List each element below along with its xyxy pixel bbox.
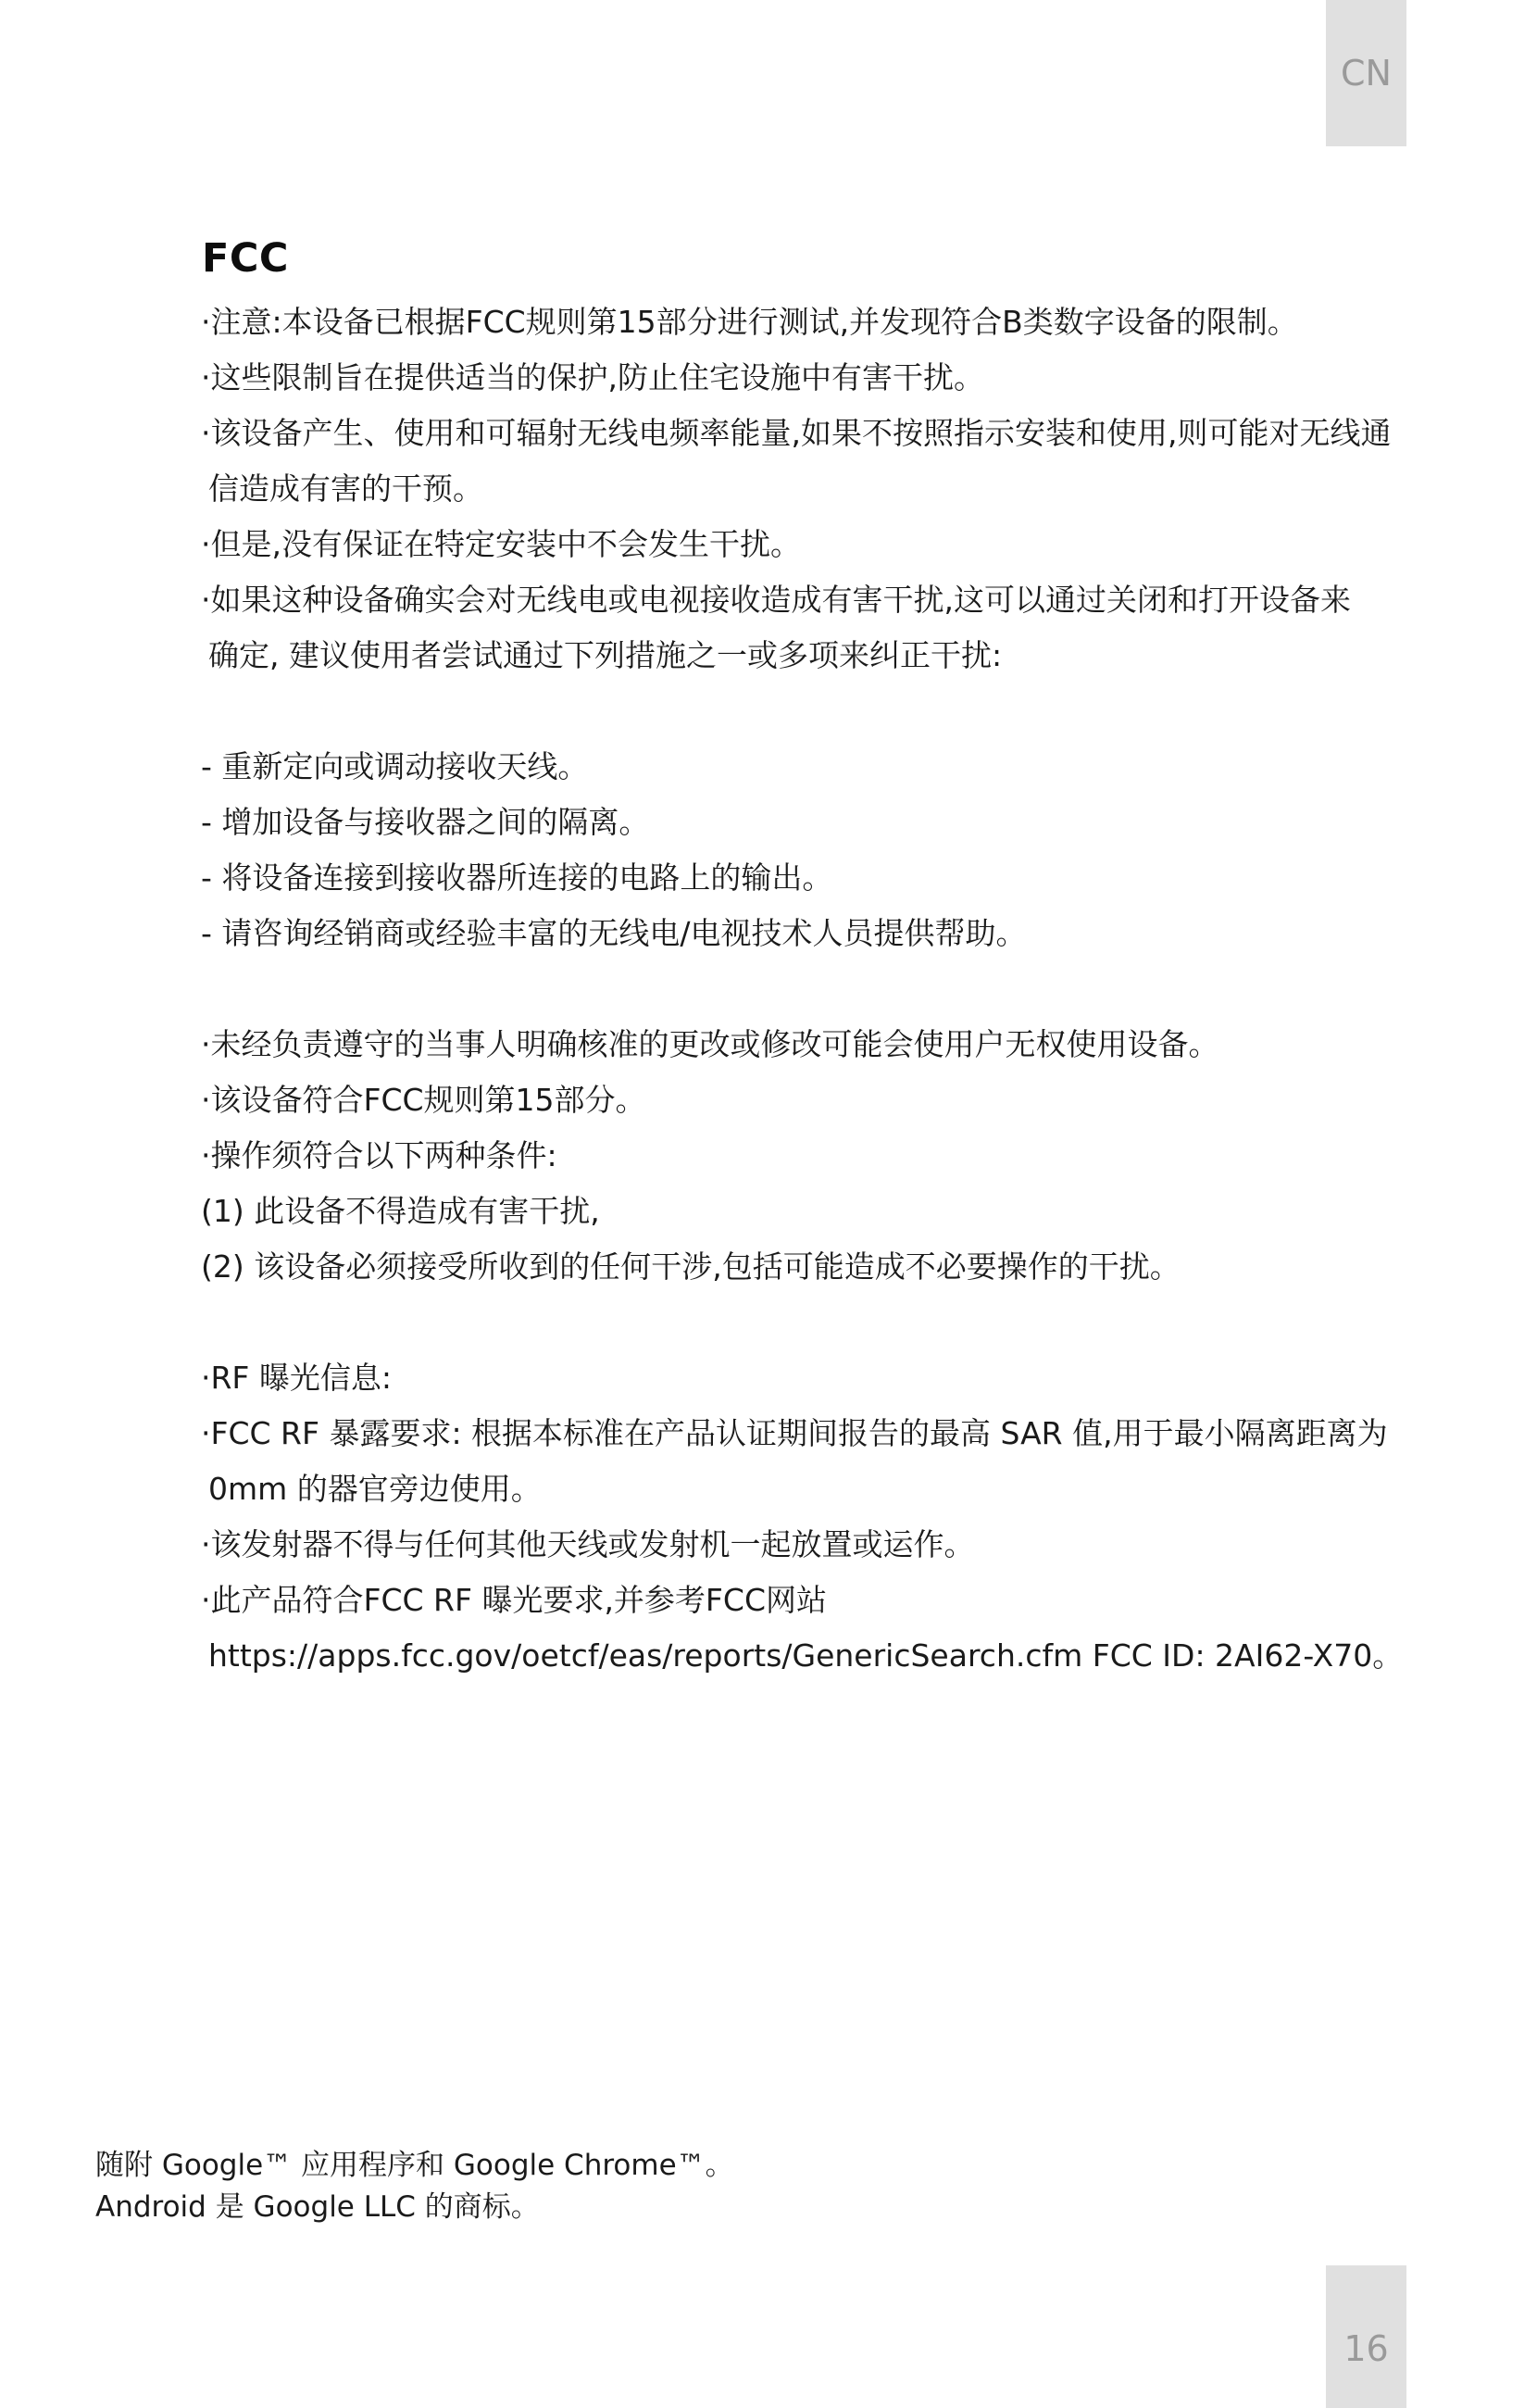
text-line: 信造成有害的干预。: [201, 461, 1395, 517]
text-line: ·此产品符合FCC RF 曝光要求,并参考FCC网站: [201, 1573, 1395, 1628]
text-line: ·该发射器不得与任何其他天线或发射机一起放置或运作。: [201, 1517, 1395, 1573]
text-line: ·RF 曝光信息:: [201, 1350, 1395, 1406]
text-line: - 将设备连接到接收器所连接的电路上的输出。: [201, 850, 1395, 906]
page-number-tab: 16: [1326, 2265, 1406, 2408]
text-line: ·如果这种设备确实会对无线电或电视接收造成有害干扰,这可以通过关闭和打开设备来: [201, 572, 1395, 628]
blank-line: [201, 961, 1395, 1017]
text-line: ·FCC RF 暴露要求: 根据本标准在产品认证期间报告的最高 SAR 值,用于…: [201, 1406, 1395, 1461]
page-number: 16: [1326, 2328, 1406, 2369]
blank-line: [201, 684, 1395, 739]
language-tab-label: CN: [1341, 53, 1392, 94]
footer-line-android: Android 是 Google LLC 的商标。: [95, 2187, 734, 2228]
text-line: - 重新定向或调动接收天线。: [201, 739, 1395, 795]
text-line: (2) 该设备必须接受所收到的任何干涉,包括可能造成不必要操作的干扰。: [201, 1239, 1395, 1295]
text-line: - 增加设备与接收器之间的隔离。: [201, 795, 1395, 850]
manual-page: CN FCC ·注意:本设备已根据FCC规则第15部分进行测试,并发现符合B类数…: [0, 0, 1537, 2408]
text-line: ·这些限制旨在提供适当的保护,防止住宅设施中有害干扰。: [201, 350, 1395, 406]
text-line: ·但是,没有保证在特定安装中不会发生干扰。: [201, 517, 1395, 572]
trademark-footer: 随附 Google™ 应用程序和 Google Chrome™。 Android…: [95, 2145, 734, 2228]
fcc-text-block: ·注意:本设备已根据FCC规则第15部分进行测试,并发现符合B类数字设备的限制。…: [201, 295, 1395, 1684]
text-line: (1) 此设备不得造成有害干扰,: [201, 1184, 1395, 1239]
text-line: 0mm 的器官旁边使用。: [201, 1461, 1395, 1517]
text-line: 确定, 建议使用者尝试通过下列措施之一或多项来纠正干扰:: [201, 628, 1395, 684]
text-line: ·注意:本设备已根据FCC规则第15部分进行测试,并发现符合B类数字设备的限制。: [201, 295, 1395, 350]
text-line: ·未经负责遵守的当事人明确核准的更改或修改可能会使用户无权使用设备。: [201, 1017, 1395, 1072]
text-line: ·该设备符合FCC规则第15部分。: [201, 1072, 1395, 1128]
blank-line: [201, 1295, 1395, 1350]
text-line: https://apps.fcc.gov/oetcf/eas/reports/G…: [201, 1628, 1395, 1684]
footer-line-google: 随附 Google™ 应用程序和 Google Chrome™。: [95, 2145, 734, 2187]
text-line: - 请咨询经销商或经验丰富的无线电/电视技术人员提供帮助。: [201, 906, 1395, 961]
page-title: FCC: [202, 235, 289, 282]
language-tab: CN: [1326, 0, 1406, 146]
text-line: ·该设备产生、使用和可辐射无线电频率能量,如果不按照指示安装和使用,则可能对无线…: [201, 406, 1395, 461]
text-line: ·操作须符合以下两种条件:: [201, 1128, 1395, 1184]
